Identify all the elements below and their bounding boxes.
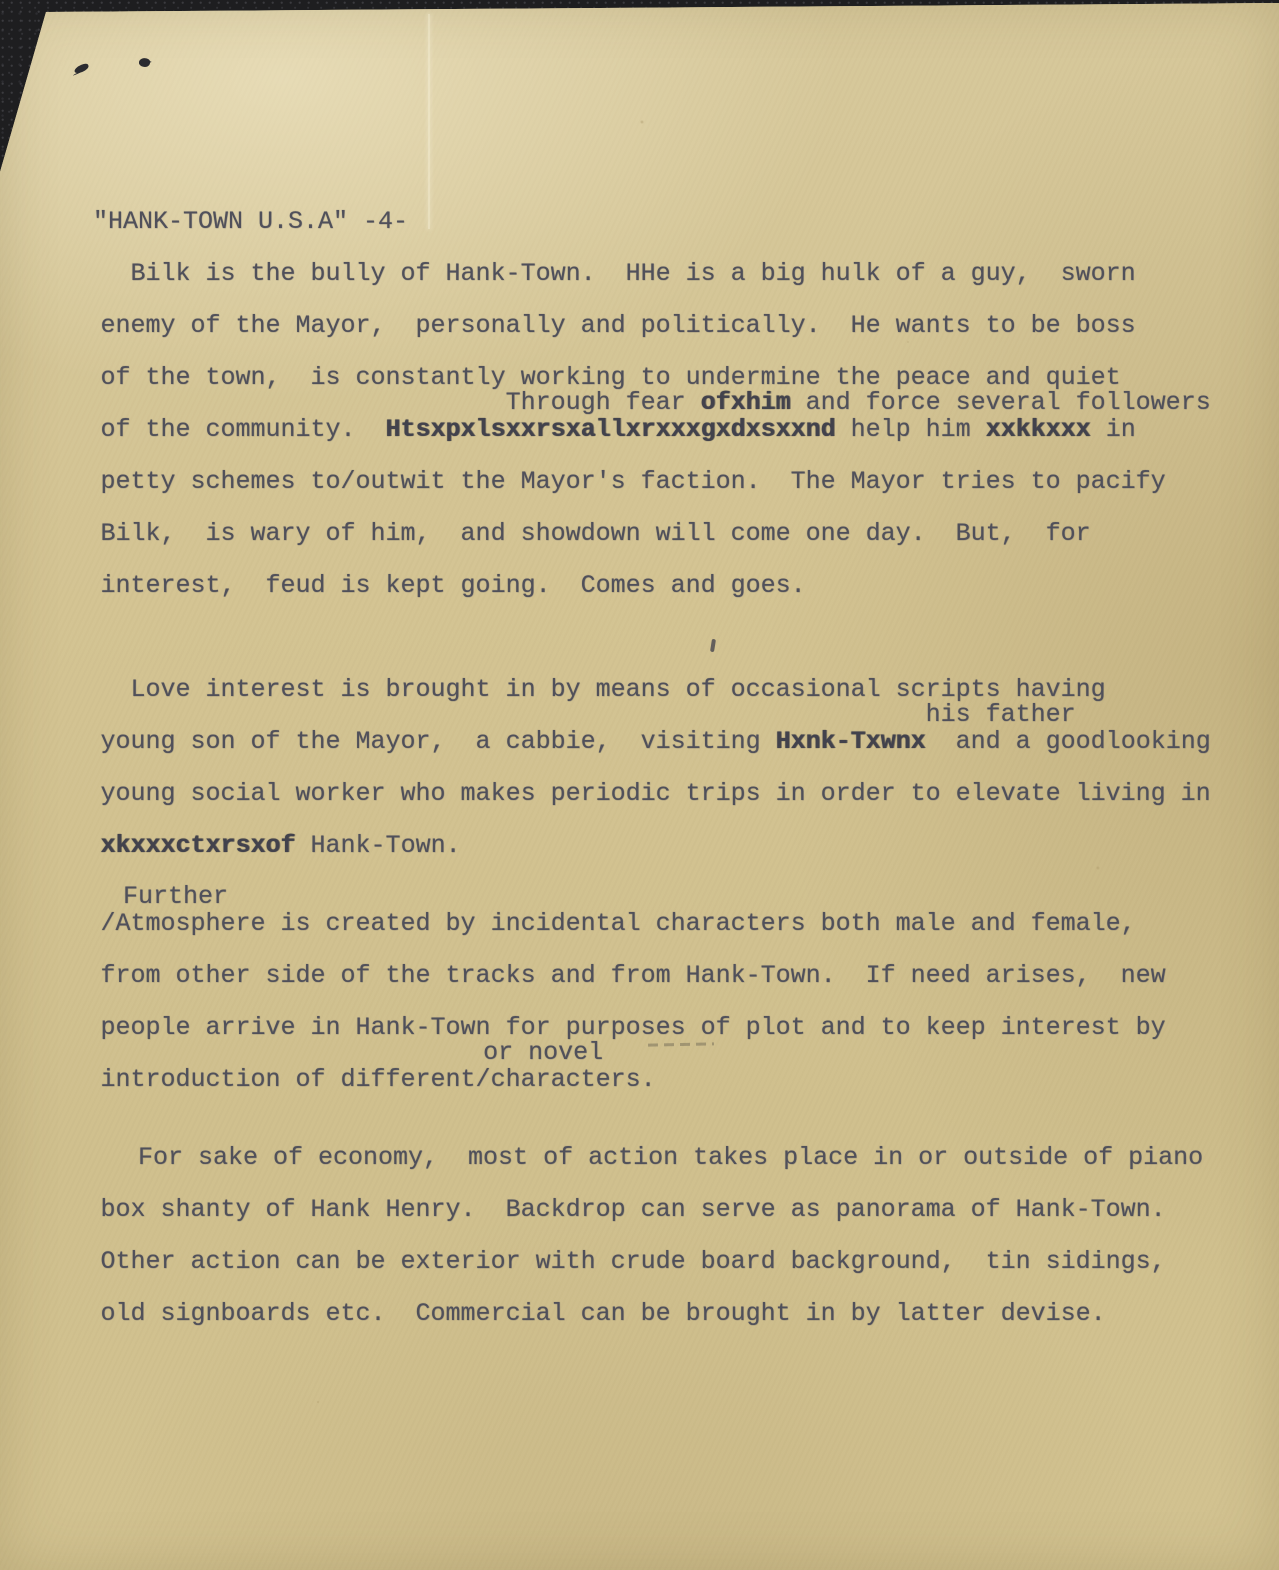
typed-line: Bilk is the bully of Hank-Town. HHe is a…: [93, 248, 1211, 300]
typed-text: "HANK-TOWN U.S.A" -4-: [93, 207, 408, 236]
typed-text: or novel: [483, 1038, 603, 1067]
typed-text: Through fear: [506, 388, 701, 417]
typed-text: Bilk is the bully of Hank-Town. HHe is a…: [131, 259, 1136, 288]
typed-text: /Atmosphere is created by incidental cha…: [101, 909, 1136, 938]
photo-background: "HANK-TOWN U.S.A" -4-Bilk is the bully o…: [0, 0, 1279, 1570]
typed-line: For sake of economy, most of action take…: [93, 1132, 1211, 1184]
overstruck-text: ofxhim: [701, 388, 791, 417]
typed-line: box shanty of Hank Henry. Backdrop can s…: [93, 1184, 1211, 1236]
typed-text: enemy of the Mayor, personally and polit…: [101, 311, 1136, 340]
typed-line: from other side of the tracks and from H…: [93, 950, 1211, 1002]
typed-text: and force several followers: [791, 388, 1211, 417]
typed-line: young social worker who makes periodic t…: [93, 768, 1211, 820]
typed-text: of the community.: [101, 415, 386, 444]
typed-text: his father: [926, 700, 1076, 729]
typed-text: petty schemes to/outwit the Mayor's fact…: [101, 467, 1166, 496]
typed-line: introduction of different/characters.: [93, 1054, 1211, 1106]
typed-line: old signboards etc. Commercial can be br…: [93, 1288, 1211, 1340]
typed-text: Bilk, is wary of him, and showdown will …: [101, 519, 1091, 548]
typed-text: box shanty of Hank Henry. Backdrop can s…: [101, 1195, 1166, 1224]
typed-line: interest, feud is kept going. Comes and …: [93, 560, 1211, 612]
typed-line: /Atmosphere is created by incidental cha…: [93, 898, 1211, 950]
typed-text: people arrive in Hank-Town for purposes …: [101, 1013, 1166, 1042]
typed-text: young son of the Mayor, a cabbie, visiti…: [101, 727, 776, 756]
typed-text: Further: [123, 882, 228, 911]
typed-text: from other side of the tracks and from H…: [101, 961, 1166, 990]
typed-line: Other action can be exterior with crude …: [93, 1236, 1211, 1288]
typed-text: interest, feud is kept going. Comes and …: [101, 571, 806, 600]
overstruck-text: xkxxxctxrsxof: [101, 831, 296, 860]
typed-text: Other action can be exterior with crude …: [101, 1247, 1166, 1276]
typed-line: petty schemes to/outwit the Mayor's fact…: [93, 456, 1211, 508]
typed-text: young social worker who makes periodic t…: [101, 779, 1211, 808]
typed-line: xkxxxctxrsxof Hank-Town.: [93, 820, 1211, 872]
typed-line: Bilk, is wary of him, and showdown will …: [93, 508, 1211, 560]
typed-line: enemy of the Mayor, personally and polit…: [93, 300, 1211, 352]
typed-text: old signboards etc. Commercial can be br…: [101, 1299, 1106, 1328]
typed-text-block: "HANK-TOWN U.S.A" -4-Bilk is the bully o…: [0, 0, 1211, 1340]
typed-line: people arrive in Hank-Town for purposes …: [93, 1002, 1211, 1054]
typed-line: "HANK-TOWN U.S.A" -4-: [93, 196, 1211, 248]
typed-text: Hank-Town.: [296, 831, 461, 860]
typescript-page: "HANK-TOWN U.S.A" -4-Bilk is the bully o…: [0, 0, 1279, 1570]
overstruck-text: Hxnk-Txwnx: [776, 727, 926, 756]
typed-text: For sake of economy, most of action take…: [138, 1143, 1203, 1172]
